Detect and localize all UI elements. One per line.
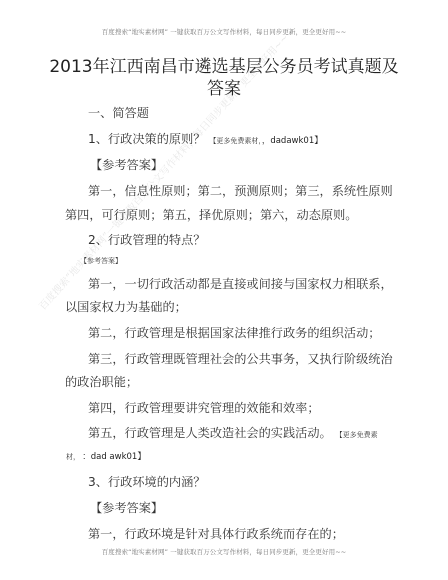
answer-2-point-1-line-2: 以国家权力为基础的；	[65, 299, 187, 315]
promo-note-prefix: 【更多免费素	[336, 431, 378, 439]
question-number: 1、	[88, 132, 108, 146]
promo-code: ，dadawk01】	[262, 136, 323, 146]
answer-2-point-1-line-1: 第一，一切行政活动都是直接或间接与国家权力相联系，	[88, 276, 393, 292]
title-line-2: 答案	[40, 78, 408, 100]
question-3: 3、行政环境的内涵？	[88, 474, 205, 490]
question-1: 1、行政决策的原则？ 【更多免费素材，，dadawk01】	[88, 131, 323, 149]
promo-note-cont: 材，	[66, 453, 80, 461]
question-2: 2、行政管理的特点？	[88, 232, 205, 248]
section-heading: 一、简答题	[88, 105, 149, 121]
answer-2-point-4: 第四，行政管理要讲究管理的效能和效率；	[88, 400, 320, 416]
answer-label-3: 【参考答案】	[90, 500, 163, 516]
answer-2-point-3-line-1: 第三，行政管理既管理社会的公共事务，又执行阶级统治	[88, 351, 393, 367]
promo-note-continued: 材， ：dad awk01】	[66, 449, 146, 465]
answer-2-point-2: 第二，行政管理是根据国家法律推行政务的组织活动；	[88, 325, 381, 341]
answer-1-line-1: 第一，信息性原则；第二，预测原则；第三，系统性原则	[88, 183, 393, 199]
question-number: 3、	[88, 475, 108, 489]
answer-2-point-5-text: 第五，行政管理是人类改造社会的实践活动。	[88, 426, 332, 440]
page-footer-banner: 百度搜索“地实素材网” 一键获取百万公文写作材料，每日同步更新，更全更好用~~	[0, 547, 448, 556]
question-text: 行政决策的原则？	[108, 132, 206, 146]
question-text: 行政环境的内涵？	[108, 475, 206, 489]
title-line-1: 2013年江西南昌市遴选基层公务员考试真题及	[40, 56, 408, 78]
promo-note: 【更多免费素材，，dadawk01】	[209, 137, 322, 145]
answer-2-point-3-line-2: 的政治职能；	[65, 374, 138, 390]
answer-2-point-5: 第五，行政管理是人类改造社会的实践活动。 【更多免费素	[88, 425, 378, 443]
promo-note-prefix: 【更多免费素材，	[209, 137, 262, 145]
question-text: 行政管理的特点？	[108, 233, 206, 247]
question-number: 2、	[88, 233, 108, 247]
answer-label-1: 【参考答案】	[90, 157, 163, 173]
page-header-banner: 百度搜索“地实素材网” 一键获取百万公文写作材料，每日同步更新，更全更好用~~	[0, 27, 448, 36]
answer-1-line-2: 第四，可行原则；第五，择优原则；第六，动态原则。	[65, 207, 358, 223]
document-title: 2013年江西南昌市遴选基层公务员考试真题及 答案	[40, 56, 408, 100]
answer-3-line-1: 第一，行政环境是针对具体行政系统而存在的；	[88, 526, 344, 542]
promo-code: ：dad awk01】	[82, 452, 146, 462]
answer-label-2: 【参考答案】	[80, 253, 122, 269]
